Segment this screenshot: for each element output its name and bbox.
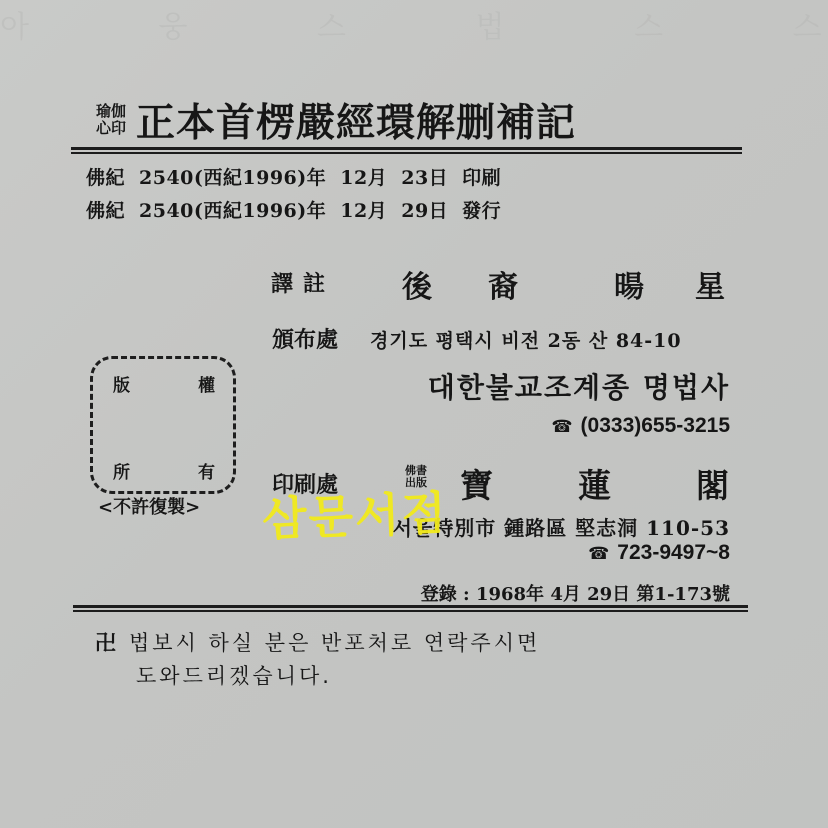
registration-line: 登錄 : 1968年 4月 29日 第1-173號 — [421, 580, 730, 606]
book-title: 瑜伽 心印 正本首楞嚴經環解删補記 — [96, 92, 576, 148]
printer-phone: ☎723-9497~8 — [588, 541, 730, 565]
distributor-name: 대한불교조계종 명법사 — [428, 366, 730, 406]
no-reproduction-note: <不許復製> — [98, 493, 200, 519]
year: 2540(西紀1996)年 — [139, 167, 326, 189]
printer-char-3: 閣 — [696, 460, 729, 507]
distributor-address: 경기도 평택시 비전 2동 산 84-10 — [370, 326, 682, 353]
seller-watermark: 삼문서점 — [261, 477, 449, 549]
publish-date-line: 佛紀2540(西紀1996)年12月29日發行 — [86, 196, 515, 223]
translator-char-3: 暘 — [614, 262, 644, 306]
action: 發行 — [462, 200, 501, 222]
notice-line-1: 卍법보시 하실 분은 반포처로 연락주시면 — [95, 627, 540, 657]
stamp-char-1: 版 — [113, 371, 130, 396]
stamp-char-3: 所 — [113, 458, 130, 483]
day: 29日 — [401, 200, 448, 222]
manji-icon: 卍 — [95, 631, 119, 655]
notice-line-2: 도와드리겠습니다. — [136, 660, 332, 690]
print-date-line: 佛紀2540(西紀1996)年12月23日印刷 — [86, 163, 515, 190]
translator-char-4: 星 — [695, 262, 725, 306]
translator-char-2: 裔 — [488, 262, 518, 306]
title-prefix-bottom: 心印 — [96, 120, 126, 137]
copyright-stamp: 版 權 所 有 — [90, 356, 236, 494]
title-prefix: 瑜伽 心印 — [96, 103, 126, 137]
year: 2540(西紀1996)年 — [139, 200, 326, 222]
stamp-char-2: 權 — [198, 371, 215, 396]
era: 佛紀 — [86, 200, 125, 222]
telephone-icon: ☎ — [588, 544, 609, 563]
bottom-double-rule — [73, 605, 748, 612]
printer-char-1: 寶 — [460, 460, 493, 507]
month: 12月 — [340, 200, 387, 222]
notice-text-1: 법보시 하실 분은 반포처로 연락주시면 — [129, 631, 540, 655]
stamp-char-4: 有 — [198, 458, 215, 483]
distributor-label: 頒布處 — [272, 323, 338, 354]
printer-phone-number: 723-9497~8 — [617, 541, 730, 564]
day: 23日 — [401, 167, 448, 189]
distributor-phone-number: (0333)655-3215 — [581, 414, 730, 437]
title-main: 正本首楞嚴經環解删補記 — [136, 92, 576, 148]
translator-label: 譯註 — [271, 267, 335, 298]
era: 佛紀 — [86, 167, 125, 189]
bleed-through-text: 아 웅 스 법 스 스 을 — [0, 2, 828, 46]
distributor-phone: ☎(0333)655-3215 — [551, 414, 730, 438]
action: 印刷 — [462, 167, 501, 189]
top-double-rule — [71, 147, 742, 154]
title-prefix-top: 瑜伽 — [96, 103, 126, 120]
printer-char-2: 蓮 — [578, 460, 611, 507]
telephone-icon: ☎ — [551, 417, 572, 436]
translator-char-1: 後 — [402, 262, 432, 306]
month: 12月 — [340, 167, 387, 189]
